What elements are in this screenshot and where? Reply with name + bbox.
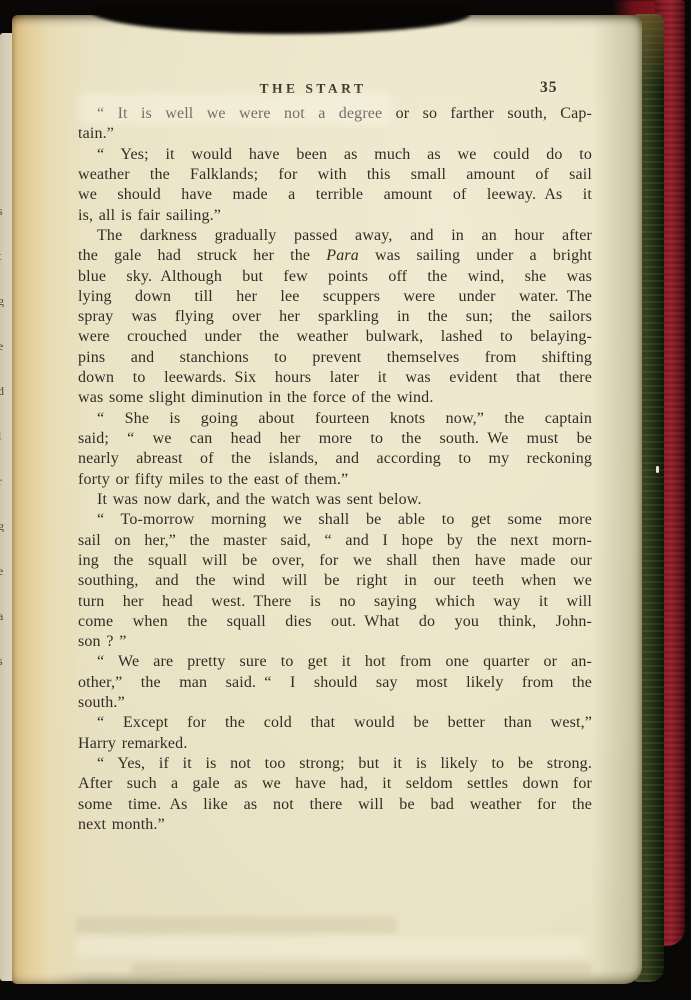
text-line: “ To-morrow morning we shall be able to … <box>78 510 592 530</box>
text-line: The darkness gradually passed away, and … <box>78 226 592 246</box>
text-segment: The darkness gradually passed away, and … <box>97 227 592 244</box>
text-segment: south.” <box>78 694 125 711</box>
text-line: is, all is fair sailing.” <box>78 206 592 226</box>
text-segment: tain.” <box>78 125 114 142</box>
text-line: southing, and the wind will be right in … <box>78 571 592 591</box>
text-line: pins and stanchions to prevent themselve… <box>78 348 592 368</box>
facing-page-letter-fragment: d <box>0 385 5 397</box>
facing-page-letter-fragment: g <box>0 520 5 532</box>
text-segment: is, all is fair sailing.” <box>78 207 221 224</box>
text-line: we should have made a terrible amount of… <box>78 185 592 205</box>
text-segment: come when the squall dies out. What do y… <box>78 613 592 630</box>
text-segment: nearly abreast of the islands, and accor… <box>78 450 592 467</box>
text-line: weather the Falklands; for with this sma… <box>78 165 592 185</box>
text-line: the gale had struck her the Para was sai… <box>78 246 592 266</box>
text-line: “ She is going about fourteen knots now,… <box>78 409 592 429</box>
text-segment: we should have made a terrible amount of… <box>78 186 592 203</box>
text-line: was some slight diminution in the force … <box>78 388 592 408</box>
text-segment: It was now dark, and the watch was sent … <box>97 491 422 508</box>
facing-page-letter-fragment: e <box>0 340 5 352</box>
text-segment: said; “ we can head her more to the sout… <box>78 430 592 447</box>
italic-word: Para <box>326 247 359 264</box>
text-segment: pins and stanchions to prevent themselve… <box>78 349 592 366</box>
text-line: “ Yes, if it is not too strong; but it i… <box>78 754 592 774</box>
text-line: It was now dark, and the watch was sent … <box>78 490 592 510</box>
text-line: “ Yes; it would have been as much as we … <box>78 145 592 165</box>
text-segment: “ We are pretty sure to get it hot from … <box>97 653 592 670</box>
text-line: said; “ we can head her more to the sout… <box>78 429 592 449</box>
text-segment: some time. As like as not there will be … <box>78 796 592 813</box>
text-segment: sail on her,” the master said, “ and I h… <box>78 532 592 549</box>
text-segment: Harry remarked. <box>78 735 187 752</box>
text-line: son ? ” <box>78 632 592 652</box>
text-line: ing the squall will be over, for we shal… <box>78 551 592 571</box>
scan-streak <box>76 937 586 957</box>
page-number: 35 <box>540 79 558 97</box>
text-segment: “ It is well we were not a degree or so … <box>97 105 592 122</box>
scanned-page: THE START 35 “ It is well we were not a … <box>12 15 642 984</box>
text-segment: “ Except for the cold that would be bett… <box>97 714 592 731</box>
facing-page-letter-fragment: s <box>0 655 5 667</box>
body-text-block: “ It is well we were not a degree or so … <box>78 104 592 835</box>
text-segment: “ She is going about fourteen knots now,… <box>97 410 592 427</box>
facing-page-letter-fragment: e <box>0 565 5 577</box>
text-line: were crouched under the weather bulwark,… <box>78 327 592 347</box>
text-segment: “ To-morrow morning we shall be able to … <box>97 511 592 528</box>
text-line: forty or fifty miles to the east of them… <box>78 470 592 490</box>
text-line: “ Except for the cold that would be bett… <box>78 713 592 733</box>
text-line: After such a gale as we have had, it sel… <box>78 774 592 794</box>
text-line: turn her head west. There is no saying w… <box>78 592 592 612</box>
running-header-title: THE START <box>78 81 548 97</box>
text-segment: the gale had struck her the <box>78 247 326 264</box>
text-line: next month.” <box>78 815 592 835</box>
text-line: sail on her,” the master said, “ and I h… <box>78 531 592 551</box>
text-segment: other,” the man said. “ I should say mos… <box>78 674 592 691</box>
text-segment: were crouched under the weather bulwark,… <box>78 328 592 345</box>
book-scan: { "page": { "header": { "title": "THE ST… <box>0 0 691 1000</box>
text-segment: ing the squall will be over, for we shal… <box>78 552 592 569</box>
text-line: other,” the man said. “ I should say mos… <box>78 673 592 693</box>
binding-shadow <box>90 6 470 34</box>
scan-streak <box>76 917 396 933</box>
edge-speck <box>656 466 659 473</box>
facing-page-letter-fragment: a <box>0 610 5 622</box>
facing-page-letter-fragment: g <box>0 295 5 307</box>
text-segment: After such a gale as we have had, it sel… <box>78 775 592 792</box>
text-segment: was sailing under a bright <box>359 247 592 264</box>
facing-page-letter-fragment: t <box>0 250 5 262</box>
text-segment: was some slight diminution in the force … <box>78 389 433 406</box>
facing-page-letter-fragment: r <box>0 475 5 487</box>
text-segment: lying down till her lee scuppers were un… <box>78 288 592 305</box>
text-line: tain.” <box>78 124 592 144</box>
text-line: south.” <box>78 693 592 713</box>
text-segment: blue sky. Although but few points off th… <box>78 268 592 285</box>
text-segment: down to leewards. Six hours later it was… <box>78 369 592 386</box>
text-line: “ We are pretty sure to get it hot from … <box>78 652 592 672</box>
text-line: spray was flying over her sparkling in t… <box>78 307 592 327</box>
text-line: come when the squall dies out. What do y… <box>78 612 592 632</box>
text-segment: spray was flying over her sparkling in t… <box>78 308 592 325</box>
text-segment: turn her head west. There is no saying w… <box>78 593 592 610</box>
text-line: “ It is well we were not a degree or so … <box>78 104 592 124</box>
text-line: lying down till her lee scuppers were un… <box>78 287 592 307</box>
text-line: Harry remarked. <box>78 734 592 754</box>
text-segment: “ Yes; it would have been as much as we … <box>97 146 592 163</box>
text-segment: forty or fifty miles to the east of them… <box>78 471 348 488</box>
text-segment: son ? ” <box>78 633 126 650</box>
text-segment: southing, and the wind will be right in … <box>78 572 592 589</box>
text-line: blue sky. Although but few points off th… <box>78 267 592 287</box>
text-line: down to leewards. Six hours later it was… <box>78 368 592 388</box>
text-segment: weather the Falklands; for with this sma… <box>78 166 592 183</box>
text-segment: “ Yes, if it is not too strong; but it i… <box>97 755 592 772</box>
facing-page-letter-fragment: l <box>0 430 5 442</box>
text-line: some time. As like as not there will be … <box>78 795 592 815</box>
page-header: THE START 35 <box>78 79 592 101</box>
facing-page-letter-fragment: s <box>0 205 5 217</box>
scan-streak <box>132 963 592 975</box>
text-line: nearly abreast of the islands, and accor… <box>78 449 592 469</box>
text-segment: next month.” <box>78 816 165 833</box>
